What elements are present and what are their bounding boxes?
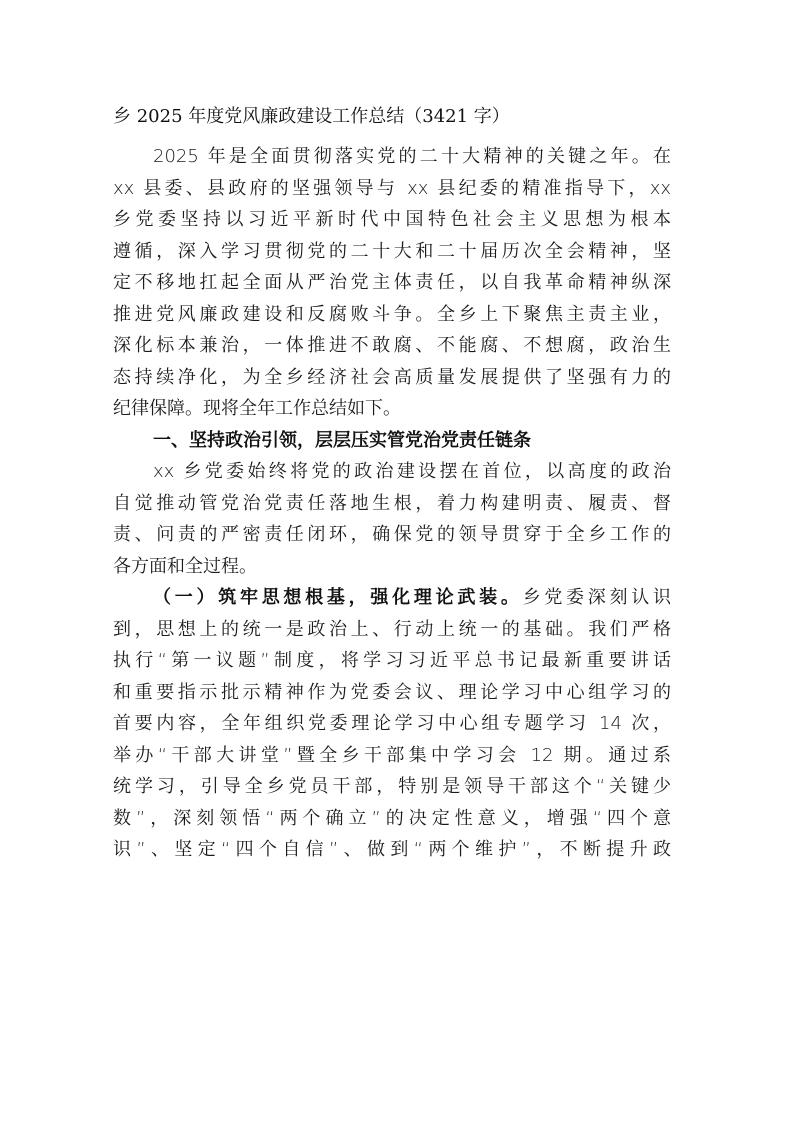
document-title: 乡 2025 年度党风廉政建设工作总结（3421 字） [113, 103, 671, 131]
section1-paragraph: xx 乡党委始终将党的政治建设摆在首位，以高度的政治 自觉推动管党治党责任落地生… [113, 456, 671, 582]
paragraph-line: 深化标本兼治，一体推进不敢腐、不能腐、不想腐，政治生 [113, 330, 671, 362]
document-page: 乡 2025 年度党风廉政建设工作总结（3421 字） 2025 年是全面贯彻落… [0, 0, 793, 1122]
paragraph-line: 举办“干部大讲堂”暨全乡干部集中学习会 12 期。通过系 [113, 740, 671, 772]
paragraph-line: 乡党委坚持以习近平新时代中国特色社会主义思想为根本 [113, 204, 671, 236]
paragraph-line: 推进党风廉政建设和反腐败斗争。全乡上下聚焦主责主业， [113, 299, 671, 331]
paragraph-line: 态持续净化，为全乡经济社会高质量发展提供了坚强有力的 [113, 362, 671, 394]
paragraph-text: 乡党委深刻认识 [523, 587, 671, 608]
paragraph-line: 责、问责的严密责任闭环，确保党的领导贯穿于全乡工作的 [113, 519, 671, 551]
paragraph-line: （一）筑牢思想根基，强化理论武装。乡党委深刻认识 [113, 582, 671, 614]
paragraph-line: 纪律保障。现将全年工作总结如下。 [113, 393, 671, 425]
paragraph-line: xx 县委、县政府的坚强领导与 xx 县纪委的精准指导下，xx [113, 173, 671, 205]
paragraph-line: 首要内容，全年组织党委理论学习中心组专题学习 14 次， [113, 708, 671, 740]
paragraph-line: 自觉推动管党治党责任落地生根，着力构建明责、履责、督 [113, 488, 671, 520]
paragraph-line: 和重要指示批示精神作为党委会议、理论学习中心组学习的 [113, 677, 671, 709]
paragraph-line: 识”、坚定“四个自信”、做到“两个维护”，不断提升政 [113, 834, 671, 866]
paragraph-line: 数”，深刻领悟“两个确立”的决定性意义，增强“四个意 [113, 803, 671, 835]
paragraph-line: 各方面和全过程。 [113, 551, 671, 583]
subsection-1-paragraph: （一）筑牢思想根基，强化理论武装。乡党委深刻认识 到，思想上的统一是政治上、行动… [113, 582, 671, 866]
paragraph-line: 到，思想上的统一是政治上、行动上统一的基础。我们严格 [113, 614, 671, 646]
paragraph-line: 2025 年是全面贯彻落实党的二十大精神的关键之年。在 [113, 141, 671, 173]
paragraph-line: xx 乡党委始终将党的政治建设摆在首位，以高度的政治 [113, 456, 671, 488]
intro-paragraph: 2025 年是全面贯彻落实党的二十大精神的关键之年。在 xx 县委、县政府的坚强… [113, 141, 671, 425]
subsection-heading: （一）筑牢思想根基，强化理论武装。 [153, 587, 523, 608]
paragraph-line: 遵循，深入学习贯彻党的二十大和二十届历次全会精神，坚 [113, 236, 671, 268]
paragraph-line: 统学习，引导全乡党员干部，特别是领导干部这个“关键少 [113, 771, 671, 803]
document-body: 乡 2025 年度党风廉政建设工作总结（3421 字） 2025 年是全面贯彻落… [113, 103, 671, 866]
paragraph-line: 定不移地扛起全面从严治党主体责任，以自我革命精神纵深 [113, 267, 671, 299]
section-heading-1: 一、坚持政治引领，层层压实管党治党责任链条 [113, 425, 671, 457]
paragraph-line: 执行“第一议题”制度，将学习习近平总书记最新重要讲话 [113, 645, 671, 677]
